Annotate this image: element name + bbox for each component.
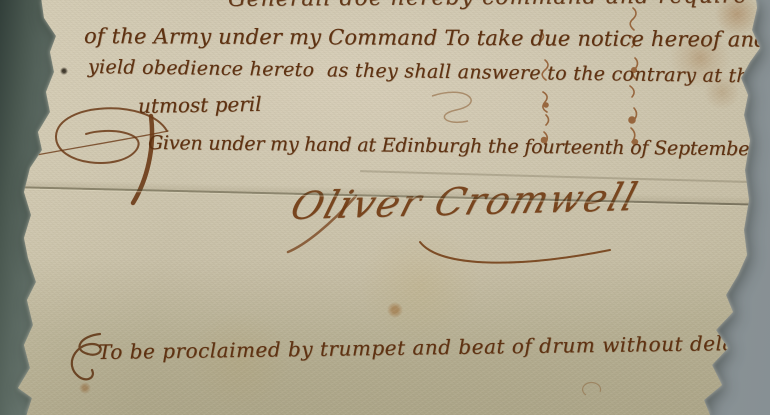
paraph-flourish-icon bbox=[0, 108, 168, 203]
manuscript-postscript: To be proclaimed by trumpet and beat of … bbox=[98, 331, 747, 364]
manuscript-paper: Generall doe hereby command and require … bbox=[0, 0, 770, 415]
peril-squiggle-icon bbox=[432, 92, 471, 122]
manuscript-line-peril: utmost peril bbox=[138, 92, 262, 118]
cromwell-signature: Oliver Cromwell bbox=[285, 175, 644, 230]
photo-background: Generall doe hereby command and require … bbox=[0, 0, 770, 415]
postscript-initial-flourish-icon bbox=[72, 334, 101, 379]
manuscript-line-army: of the Army under my Command To take due… bbox=[84, 24, 770, 53]
paper-wrap: Generall doe hereby command and require … bbox=[0, 0, 770, 415]
manuscript-dateline: Given under my hand at Edinburgh the fou… bbox=[148, 132, 770, 162]
manuscript-line-command-fragment: Generall doe hereby command and require bbox=[228, 0, 748, 13]
corner-loop-mark-icon bbox=[583, 383, 601, 395]
manuscript-line-obedience: yield obedience hereto as they shall ans… bbox=[88, 56, 770, 88]
